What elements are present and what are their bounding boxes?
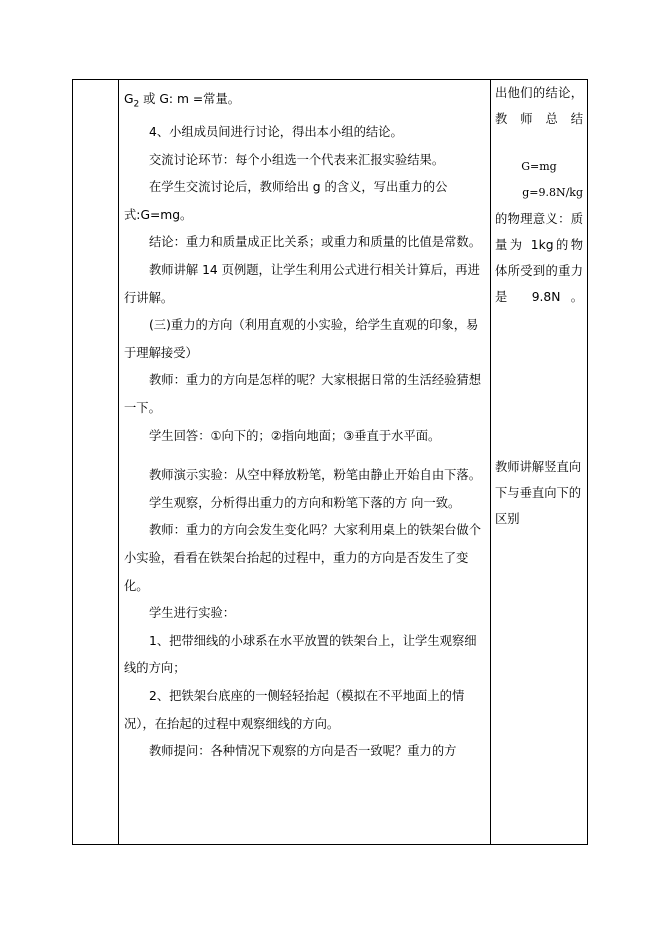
notes-cell: 出他们的结论，教师总结 G=mg g=9.8N/kg 的物理意义：质量为 1kg… [491, 80, 588, 845]
paragraph-group-discussion: 4、小组成员间进行讨论，得出本小组的结论。 [124, 119, 486, 147]
note-physical-meaning: 的物理意义：质量为 1kg的物体所受到的重力是 9.8N。 [495, 206, 583, 310]
table-row: G2 或 G: m =常量。 4、小组成员间进行讨论，得出本小组的结论。 交流讨… [73, 80, 588, 845]
stage-column-cell [73, 80, 119, 845]
teaching-process-cell: G2 或 G: m =常量。 4、小组成员间进行讨论，得出本小组的结论。 交流讨… [119, 80, 491, 845]
paragraph-gravity-formula: 在学生交流讨论后，教师给出 g 的含义，写出重力的公式:G=mg。 [124, 174, 486, 229]
paragraph-ratio-constant: G2 或 G: m =常量。 [124, 86, 486, 119]
paragraph-teacher-demo: 教师演示实验：从空中释放粉笔，粉笔由静止开始自由下落。 [124, 462, 486, 490]
formula-g-value: g=9.8N/kg [495, 180, 583, 206]
paragraph-teacher-inquiry: 教师提问：各种情况下观察的方向是否一致呢？重力的方 [124, 738, 486, 766]
spacer [495, 132, 583, 154]
lesson-table: G2 或 G: m =常量。 4、小组成员间进行讨论，得出本小组的结论。 交流讨… [72, 79, 588, 845]
paragraph-teacher-direction-question: 教师：重力的方向会发生变化吗？大家利用桌上的铁架台做个小实验，看看在铁架台抬起的… [124, 517, 486, 600]
teaching-process-content: G2 或 G: m =常量。 4、小组成员间进行讨论，得出本小组的结论。 交流讨… [119, 80, 490, 766]
document-page: G2 或 G: m =常量。 4、小组成员间进行讨论，得出本小组的结论。 交流讨… [0, 0, 661, 935]
note-vertical-vs-perpendicular: 教师讲解竖直向下与垂直向下的区别 [495, 454, 583, 532]
note-teacher-summary: 出他们的结论，教师总结 [495, 80, 583, 132]
spacer [495, 310, 583, 454]
paragraph-step-2: 2、把铁架台底座的一侧轻轻抬起（模拟在不平地面上的情况），在抬起的过程中观察细线… [124, 683, 486, 738]
paragraph-student-observation: 学生观察，分析得出重力的方向和粉笔下落的方 向一致。 [124, 490, 486, 518]
section-heading-gravity-direction: (三)重力的方向（利用直观的小实验，给学生直观的印象，易于理解接受） [124, 312, 486, 367]
paragraph-example-explanation: 教师讲解 14 页例题，让学生利用公式进行相关计算后，再进行讲解。 [124, 257, 486, 312]
paragraph-teacher-question: 教师：重力的方向是怎样的呢？大家根据日常的生活经验猜想一下。 [124, 367, 486, 422]
formula-gravity: G=mg [495, 154, 583, 180]
paragraph-step-1: 1、把带细线的小球系在水平放置的铁架台上，让学生观察细线的方向； [124, 628, 486, 683]
paragraph-student-answer: 学生回答：①向下的；②指向地面；③垂直于水平面。 [124, 423, 486, 451]
paragraph-conclusion: 结论：重力和质量成正比关系；或重力和质量的比值是常数。 [124, 229, 486, 257]
paragraph-exchange-session: 交流讨论环节：每个小组选一个代表来汇报实验结果。 [124, 147, 486, 175]
notes-content: 出他们的结论，教师总结 G=mg g=9.8N/kg 的物理意义：质量为 1kg… [491, 80, 587, 532]
paragraph-student-experiment: 学生进行实验： [124, 600, 486, 628]
